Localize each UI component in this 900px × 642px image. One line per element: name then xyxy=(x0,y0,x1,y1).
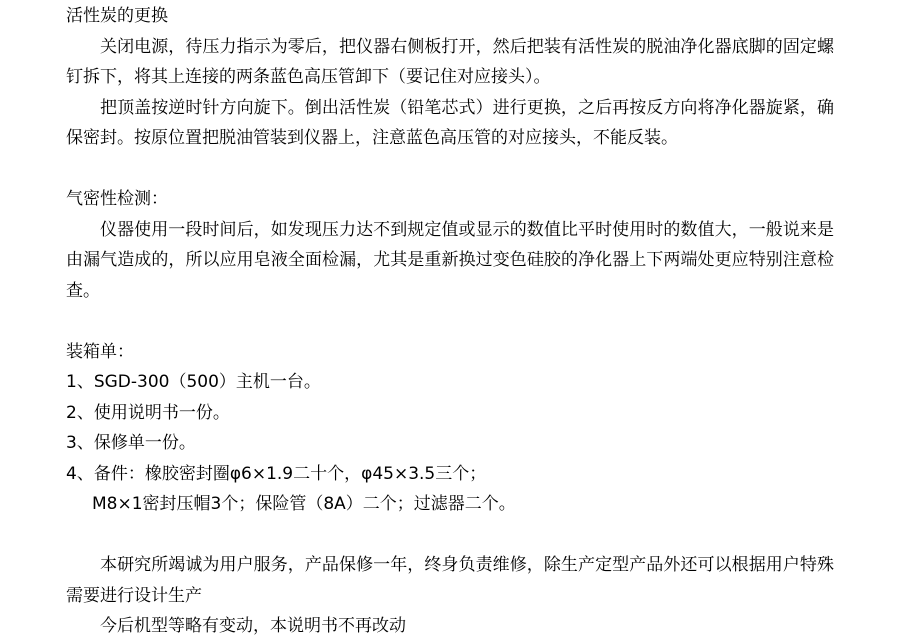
section-heading-air-tightness: 气密性检测： xyxy=(66,184,834,215)
packing-list-item-1: 1、SGD-300（500）主机一台。 xyxy=(66,367,834,398)
paragraph-air-tightness: 仪器使用一段时间后，如发现压力达不到规定值或显示的数值比平时使用时的数值大，一般… xyxy=(66,215,834,307)
paragraph-service-note: 本研究所竭诚为用户服务，产品保修一年，终身负责维修，除生产定型产品外还可以根据用… xyxy=(66,550,834,611)
paragraph-carbon-removal: 关闭电源，待压力指示为零后，把仪器右侧板打开，然后把装有活性炭的脱油净化器底脚的… xyxy=(66,32,834,93)
packing-list-item-2: 2、使用说明书一份。 xyxy=(66,398,834,429)
packing-list-item-4: 4、备件：橡胶密封圈φ6×1.9二十个，φ45×3.5三个； xyxy=(66,459,834,490)
section-heading-activated-carbon: 活性炭的更换 xyxy=(66,1,834,32)
paragraph-revision-note: 今后机型等略有变动，本说明书不再改动 xyxy=(66,611,834,642)
paragraph-carbon-replace: 把顶盖按逆时针方向旋下。倒出活性炭（铅笔芯式）进行更换，之后再按反方向将净化器旋… xyxy=(66,93,834,154)
section-heading-packing-list: 装箱单： xyxy=(66,337,834,368)
packing-list-item-3: 3、保修单一份。 xyxy=(66,428,834,459)
manual-page: 活性炭的更换 关闭电源，待压力指示为零后，把仪器右侧板打开，然后把装有活性炭的脱… xyxy=(0,0,900,642)
packing-list-item-4-continued: M8×1密封压帽3个；保险管（8A）二个；过滤器二个。 xyxy=(92,489,834,520)
